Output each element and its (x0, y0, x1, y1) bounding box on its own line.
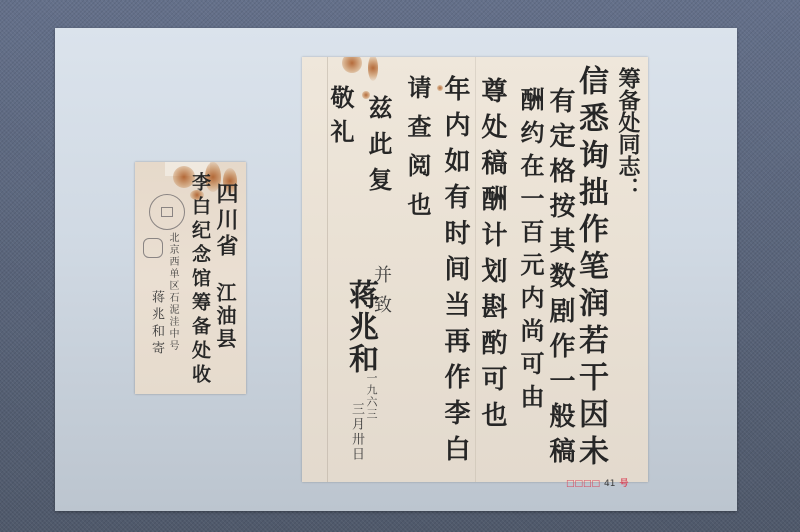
stain-mark (342, 57, 362, 73)
postmark-small (143, 238, 163, 258)
archive-stamp-suffix: 号 (619, 479, 628, 489)
archive-stamp-number: 41 (604, 479, 615, 489)
envelope-sender-address: 北京西单区石泥洼中号 (167, 232, 177, 352)
envelope-sender-name: 蒋兆和寄 (150, 290, 163, 358)
letter-line-4: 尊处稿酬计划斟酌可也 (479, 77, 505, 437)
envelope: 四川省 江油县 李白纪念馆筹备处收 北京西单区石泥洼中号 蒋兆和寄 (135, 162, 246, 394)
stain-mark (368, 57, 378, 81)
letter-signature: 蒋兆和 (345, 279, 375, 375)
letter-line-5: 年内如有时间当再作李白 (442, 75, 468, 471)
postmark-inner-box (161, 207, 173, 217)
envelope-recipient-org: 李白纪念馆筹备处收 (190, 172, 209, 388)
letter-line-1: 信悉询拙作笔润若干因未 (575, 65, 605, 472)
fold-line (475, 57, 476, 482)
letter-salutation: 筹备处同志： (616, 67, 638, 199)
postmark-circle (149, 194, 185, 230)
letter-line-3: 酬约在一百元内尚可由 (518, 87, 542, 417)
archive-stamp-prefix: □□□□ (566, 479, 600, 489)
letter-closing-line-1: 兹此复 (366, 95, 390, 203)
archive-stamp: □□□□41号 (566, 476, 628, 489)
letter-salute: 敬礼 (328, 85, 352, 153)
letter-line-6: 请查阅也 (405, 75, 429, 231)
envelope-recipient-province: 四川省 (214, 182, 236, 260)
letter-date-year: 一九六三 (366, 372, 377, 420)
letter-line-2: 有定格按其数剧作一般稿 (547, 87, 573, 472)
letter-date-month-day: 三月卅日 (350, 402, 363, 462)
handwritten-letter: 筹备处同志： 信悉询拙作笔润若干因未 有定格按其数剧作一般稿 酬约在一百元内尚可… (302, 57, 648, 482)
envelope-recipient-county: 江油县 (215, 282, 235, 351)
